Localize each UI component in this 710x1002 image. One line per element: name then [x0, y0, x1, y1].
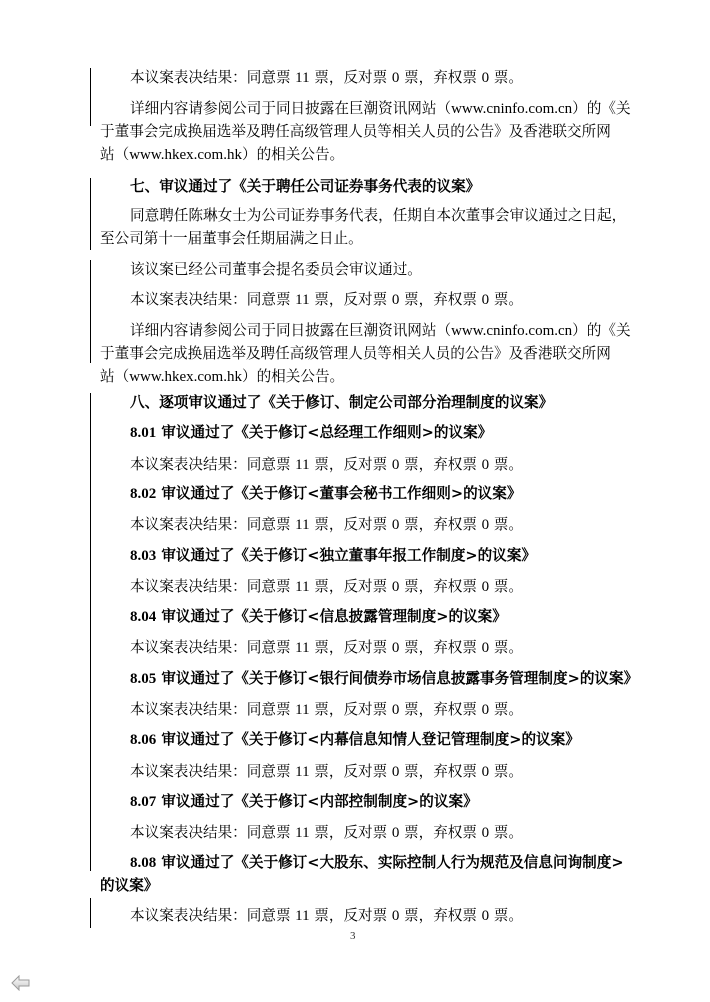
detail-reference-line2: 于董事会完成换届选举及聘任高级管理人员等相关人员的公告》及香港联交所网 [100, 344, 615, 364]
votes-for: 11 [295, 579, 309, 595]
document-page: 本议案表决结果：同意票 11 票，反对票 0 票，弃权票 0 票。 详细内容请参… [0, 0, 710, 1002]
vote-mid: 票，弃权票 [399, 763, 481, 780]
text: ）的相关公告。 [242, 368, 344, 385]
vote-mid: 票，反对票 [310, 639, 392, 656]
detail-reference-line1: 详细内容请参阅公司于同日披露在巨潮资讯网站（www.cninfo.com.cn）… [130, 321, 645, 341]
subsection-heading: 8.05 审议通过了《关于修订<银行间债券市场信息披露事务管理制度>的议案》 [130, 669, 645, 689]
vote-suffix: 票。 [489, 291, 523, 308]
section8-heading: 八、逐项审议通过了《关于修订、制定公司部分治理制度的议案》 [130, 393, 645, 413]
subsection-number: 8.06 [130, 732, 156, 748]
vote-mid: 票，弃权票 [399, 907, 481, 924]
votes-abstain: 0 [482, 517, 490, 533]
vote-prefix: 本议案表决结果：同意票 [130, 763, 295, 780]
vote-result: 本议案表决结果：同意票 11 票，反对票 0 票，弃权票 0 票。 [130, 515, 645, 535]
subsection-heading: 8.07 审议通过了《关于修订<内部控制制度>的议案》 [130, 792, 645, 812]
change-bar [90, 393, 91, 871]
subsection-number: 8.04 [130, 609, 156, 625]
votes-abstain: 0 [482, 702, 490, 718]
text: ）的《关 [572, 100, 630, 117]
votes-abstain: 0 [482, 908, 490, 924]
subsection-number: 8.05 [130, 671, 156, 687]
vote-result: 本议案表决结果：同意票 11 票，反对票 0 票，弃权票 0 票。 [130, 290, 645, 310]
subsection-number: 8.02 [130, 486, 156, 502]
text: 站（ [100, 146, 129, 163]
subsection-title: 审议通过了《关于修订<内幕信息知情人登记管理制度>的议案》 [156, 731, 580, 748]
vote-mid: 票，弃权票 [399, 456, 481, 473]
vote-suffix: 票。 [489, 578, 523, 595]
vote-result: 本议案表决结果：同意票 11 票，反对票 0 票，弃权票 0 票。 [130, 762, 645, 782]
votes-abstain: 0 [482, 825, 490, 841]
vote-prefix: 本议案表决结果：同意票 [130, 907, 295, 924]
votes-for: 11 [295, 825, 309, 841]
votes-abstain: 0 [482, 640, 490, 656]
subsection-heading: 8.08 审议通过了《关于修订<大股东、实际控制人行为规范及信息问询制度> [130, 853, 645, 873]
subsection-number: 8.03 [130, 548, 156, 564]
change-bar [90, 178, 91, 250]
subsection-title: 审议通过了《关于修订<总经理工作细则>的议案》 [156, 424, 492, 441]
change-bar [90, 68, 91, 126]
votes-for: 11 [295, 702, 309, 718]
vote-prefix: 本议案表决结果：同意票 [130, 456, 295, 473]
vote-mid: 票，弃权票 [399, 516, 481, 533]
vote-result: 本议案表决结果：同意票 11 票，反对票 0 票，弃权票 0 票。 [130, 577, 645, 597]
vote-mid: 票，反对票 [310, 456, 392, 473]
votes-for: 11 [295, 457, 309, 473]
vote-suffix: 票。 [489, 69, 523, 86]
change-bar [90, 260, 91, 363]
vote-result: 本议案表决结果：同意票 11 票，反对票 0 票，弃权票 0 票。 [130, 455, 645, 475]
subsection-heading: 8.06 审议通过了《关于修订<内幕信息知情人登记管理制度>的议案》 [130, 730, 645, 750]
vote-suffix: 票。 [489, 824, 523, 841]
subsection-number: 8.07 [130, 794, 156, 810]
subsection-heading: 8.01 审议通过了《关于修订<总经理工作细则>的议案》 [130, 423, 645, 443]
vote-suffix: 票。 [489, 701, 523, 718]
vote-suffix: 票。 [489, 907, 523, 924]
votes-abstain: 0 [482, 579, 490, 595]
vote-mid: 票，反对票 [310, 763, 392, 780]
votes-abstain: 0 [482, 292, 490, 308]
vote-mid: 票，反对票 [310, 824, 392, 841]
section7-para1-line2: 至公司第十一届董事会任期届满之日止。 [100, 229, 615, 249]
subsection-heading: 8.02 审议通过了《关于修订<董事会秘书工作细则>的议案》 [130, 484, 645, 504]
vote-result: 本议案表决结果：同意票 11 票，反对票 0 票，弃权票 0 票。 [130, 823, 645, 843]
vote-mid: 票，反对票 [310, 701, 392, 718]
votes-for: 11 [295, 517, 309, 533]
votes-for: 11 [295, 764, 309, 780]
votes-for: 11 [295, 640, 309, 656]
text: ）的相关公告。 [242, 146, 344, 163]
vote-prefix: 本议案表决结果：同意票 [130, 69, 295, 86]
votes-for: 11 [295, 908, 309, 924]
vote-suffix: 票。 [489, 639, 523, 656]
subsection-heading: 8.04 审议通过了《关于修订<信息披露管理制度>的议案》 [130, 607, 645, 627]
subsection-title: 审议通过了《关于修订<董事会秘书工作细则>的议案》 [156, 485, 521, 502]
vote-mid: 票，弃权票 [399, 824, 481, 841]
detail-reference-line2: 于董事会完成换届选举及聘任高级管理人员等相关人员的公告》及香港联交所网 [100, 122, 615, 142]
vote-prefix: 本议案表决结果：同意票 [130, 701, 295, 718]
detail-reference-line1: 详细内容请参阅公司于同日披露在巨潮资讯网站（www.cninfo.com.cn）… [130, 99, 645, 119]
cninfo-url: www.cninfo.com.cn [451, 101, 572, 117]
vote-prefix: 本议案表决结果：同意票 [130, 291, 295, 308]
subsection-title: 审议通过了《关于修订<信息披露管理制度>的议案》 [156, 608, 507, 625]
votes-for: 11 [295, 70, 309, 86]
vote-suffix: 票。 [489, 763, 523, 780]
cninfo-url: www.cninfo.com.cn [451, 323, 572, 339]
subsection-title: 审议通过了《关于修订<独立董事年报工作制度>的议案》 [156, 547, 536, 564]
vote-mid: 票，反对票 [310, 291, 392, 308]
vote-mid: 票，弃权票 [399, 69, 481, 86]
vote-prefix: 本议案表决结果：同意票 [130, 639, 295, 656]
subsection-title: 审议通过了《关于修订<内部控制制度>的议案》 [156, 793, 477, 810]
text: 详细内容请参阅公司于同日披露在巨潮资讯网站（ [130, 100, 451, 117]
vote-mid: 票，反对票 [310, 578, 392, 595]
subsection-title: 审议通过了《关于修订<银行间债券市场信息披露事务管理制度>的议案》 [156, 670, 638, 687]
vote-mid: 票，弃权票 [399, 291, 481, 308]
section7-heading: 七、审议通过了《关于聘任公司证券事务代表的议案》 [130, 177, 645, 197]
vote-suffix: 票。 [489, 456, 523, 473]
vote-mid: 票，弃权票 [399, 701, 481, 718]
subsection-heading: 8.03 审议通过了《关于修订<独立董事年报工作制度>的议案》 [130, 546, 645, 566]
votes-abstain: 0 [482, 764, 490, 780]
text: 详细内容请参阅公司于同日披露在巨潮资讯网站（ [130, 322, 451, 339]
back-arrow-icon[interactable] [11, 975, 31, 991]
votes-abstain: 0 [482, 70, 490, 86]
vote-mid: 票，弃权票 [399, 639, 481, 656]
vote-result: 本议案表决结果：同意票 11 票，反对票 0 票，弃权票 0 票。 [130, 68, 645, 88]
vote-result: 本议案表决结果：同意票 11 票，反对票 0 票，弃权票 0 票。 [130, 700, 645, 720]
votes-for: 11 [295, 292, 309, 308]
text: ）的《关 [572, 322, 630, 339]
vote-mid: 票，反对票 [310, 516, 392, 533]
vote-prefix: 本议案表决结果：同意票 [130, 578, 295, 595]
change-bar [90, 898, 91, 928]
vote-result: 本议案表决结果：同意票 11 票，反对票 0 票，弃权票 0 票。 [130, 906, 645, 926]
vote-prefix: 本议案表决结果：同意票 [130, 516, 295, 533]
votes-abstain: 0 [482, 457, 490, 473]
vote-result: 本议案表决结果：同意票 11 票，反对票 0 票，弃权票 0 票。 [130, 638, 645, 658]
text: 站（ [100, 368, 129, 385]
hkex-url: www.hkex.com.hk [129, 369, 242, 385]
vote-suffix: 票。 [489, 516, 523, 533]
vote-prefix: 本议案表决结果：同意票 [130, 824, 295, 841]
vote-mid: 票，反对票 [310, 69, 392, 86]
detail-reference-line3: 站（www.hkex.com.hk）的相关公告。 [100, 145, 615, 165]
detail-reference-line3: 站（www.hkex.com.hk）的相关公告。 [100, 367, 615, 387]
subsection-title: 审议通过了《关于修订<大股东、实际控制人行为规范及信息问询制度> [156, 854, 623, 871]
section7-para2: 该议案已经公司董事会提名委员会审议通过。 [130, 260, 645, 280]
hkex-url: www.hkex.com.hk [129, 147, 242, 163]
page-number: 3 [350, 930, 356, 942]
section7-para1-line1: 同意聘任陈琳女士为公司证券事务代表，任期自本次董事会审议通过之日起， [130, 206, 645, 226]
subsection-number: 8.08 [130, 855, 156, 871]
subsection-number: 8.01 [130, 425, 156, 441]
subsection-heading-cont: 的议案》 [100, 876, 615, 896]
vote-mid: 票，反对票 [310, 907, 392, 924]
vote-mid: 票，弃权票 [399, 578, 481, 595]
